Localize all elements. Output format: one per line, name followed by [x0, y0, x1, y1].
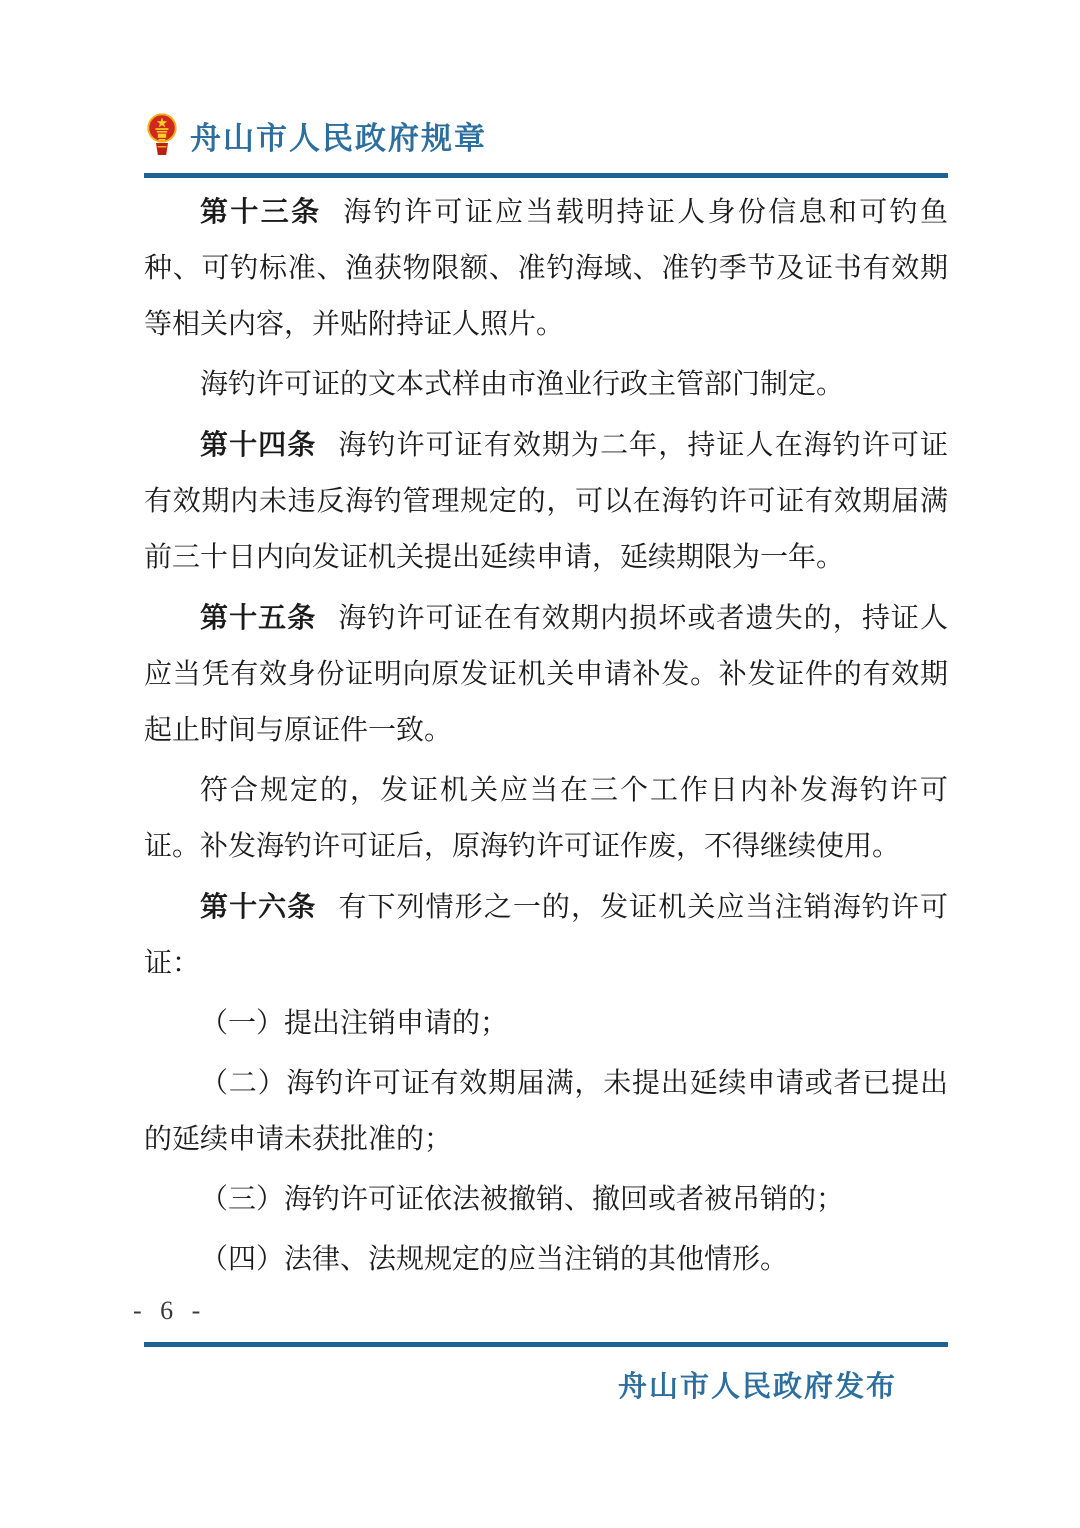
paragraph-text: （一）提出注销申请的；	[200, 1008, 508, 1039]
page-title: 舟山市人民政府规章	[190, 113, 487, 158]
page-header: 舟山市人民政府规章	[146, 110, 487, 160]
document-page: 舟山市人民政府规章 第十三条海钓许可证应当载明持证人身份信息和可钓鱼种、可钓标准…	[0, 0, 1080, 1528]
paragraph: 第十六条有下列情形之一的，发证机关应当注销海钓许可证：	[144, 879, 948, 992]
paragraph: 第十三条海钓许可证应当载明持证人身份信息和可钓鱼种、可钓标准、渔获物限额、准钓海…	[144, 184, 948, 353]
article-number: 第十三条	[200, 196, 321, 227]
paragraph-text: 符合规定的，发证机关应当在三个工作日内补发海钓许可证。补发海钓许可证后，原海钓许…	[144, 775, 948, 862]
publisher-label: 舟山市人民政府发布	[618, 1364, 897, 1405]
national-emblem-icon	[146, 112, 178, 158]
paragraph-text: （四）法律、法规规定的应当注销的其他情形。	[200, 1244, 788, 1275]
paragraph: （四）法律、法规规定的应当注销的其他情形。	[144, 1232, 948, 1288]
footer-divider-line	[144, 1342, 948, 1347]
paragraph: （二）海钓许可证有效期届满，未提出延续申请或者已提出的延续申请未获批准的；	[144, 1056, 948, 1168]
paragraph-text: （二）海钓许可证有效期届满，未提出延续申请或者已提出的延续申请未获批准的；	[144, 1068, 948, 1155]
paragraph-text: （三）海钓许可证依法被撤销、撤回或者被吊销的；	[200, 1184, 844, 1215]
paragraph: （一）提出注销申请的；	[144, 996, 948, 1052]
paragraph: 第十四条海钓许可证有效期为二年，持证人在海钓许可证有效期内未违反海钓管理规定的，…	[144, 417, 948, 586]
paragraph: （三）海钓许可证依法被撤销、撤回或者被吊销的；	[144, 1172, 948, 1228]
article-number: 第十五条	[200, 602, 316, 633]
paragraph: 第十五条海钓许可证在有效期内损坏或者遗失的，持证人应当凭有效身份证明向原发证机关…	[144, 590, 948, 759]
article-number: 第十六条	[200, 891, 316, 922]
page-number: - 6 -	[133, 1296, 206, 1326]
paragraph: 符合规定的，发证机关应当在三个工作日内补发海钓许可证。补发海钓许可证后，原海钓许…	[144, 763, 948, 875]
document-body: 第十三条海钓许可证应当载明持证人身份信息和可钓鱼种、可钓标准、渔获物限额、准钓海…	[144, 184, 948, 1292]
paragraph-text: 海钓许可证的文本式样由市渔业行政主管部门制定。	[200, 369, 844, 400]
header-divider-line	[144, 173, 948, 178]
paragraph: 海钓许可证的文本式样由市渔业行政主管部门制定。	[144, 357, 948, 413]
article-number: 第十四条	[200, 429, 316, 460]
